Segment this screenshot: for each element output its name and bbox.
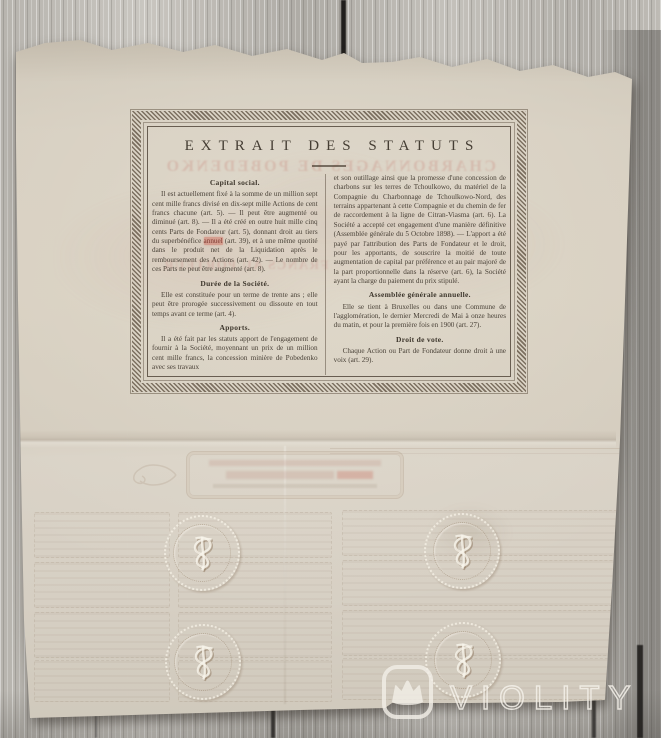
ghost-cartouche (186, 451, 404, 499)
paragraph-duree: Elle est constituée pour un terme de tre… (152, 291, 318, 319)
certificate-paper: CHARBONNAGES DE POBEDENKO FRANCS AU PORT… (0, 0, 661, 738)
ghost-cartouche-line3 (213, 484, 377, 488)
watermark-crown-icon (392, 681, 423, 706)
paragraph-assemblee: Elle se tient à Bruxelles ou dans une Co… (334, 303, 506, 331)
red-pencil-mark-word: annuel (204, 237, 223, 245)
ghost-cartouche-number (337, 471, 373, 479)
column-left: Capital social. Il est actuellement fixé… (152, 174, 325, 375)
embossed-seal (424, 513, 500, 589)
seal-monogram-icon (183, 642, 223, 682)
column-right: et son outillage ainsi que la promesse d… (325, 174, 506, 375)
seal-monogram-icon (442, 531, 482, 571)
ghost-coupon-cell (34, 612, 170, 658)
title-rule (312, 165, 346, 167)
seal-monogram-icon (182, 533, 222, 573)
ghost-cartouche-flourish (128, 459, 180, 491)
photo-of-certificate-verso: CHARBONNAGES DE POBEDENKO FRANCS AU PORT… (0, 0, 661, 738)
violity-watermark: VIOLITY (374, 658, 661, 730)
header-apports: Apports. (152, 323, 318, 333)
statuts-content: EXTRAIT DES STATUTS Capital social. Il e… (152, 128, 506, 375)
fold-crease-horizontal (16, 430, 616, 448)
paragraph-apports-suite: et son outillage ainsi que la promesse d… (334, 174, 506, 286)
paragraph-apports: Il a été fait par les statuts apport de … (152, 335, 318, 372)
document-title: EXTRAIT DES STATUTS (152, 138, 506, 155)
paragraph-capital: Il est actuellement fixé à la somme de u… (152, 190, 318, 274)
paper-top-edge-shade (14, 40, 644, 82)
header-duree-societe: Durée de la Société. (152, 279, 318, 289)
paper-shadow-wrap: CHARBONNAGES DE POBEDENKO FRANCS AU PORT… (0, 0, 661, 738)
embossed-seal (164, 515, 240, 591)
embossed-seal (165, 624, 241, 700)
ghost-cartouche-line2 (226, 471, 334, 479)
ghost-coupon-cell (34, 660, 170, 702)
ghost-cartouche-line1 (209, 460, 382, 466)
paragraph-vote: Chaque Action ou Part de Fondateur donne… (334, 347, 506, 366)
ghost-rule-line (330, 448, 630, 454)
header-droit-de-vote: Droit de vote. (334, 335, 506, 345)
two-column-text: Capital social. Il est actuellement fixé… (152, 174, 506, 375)
header-assemblee-generale: Assemblée générale annuelle. (334, 290, 506, 300)
ghost-coupon-cell (34, 562, 170, 608)
header-capital-social: Capital social. (152, 178, 318, 188)
statuts-frame: EXTRAIT DES STATUTS Capital social. Il e… (130, 109, 528, 394)
watermark-text: VIOLITY (450, 679, 640, 716)
ghost-coupon-cell (34, 512, 170, 558)
